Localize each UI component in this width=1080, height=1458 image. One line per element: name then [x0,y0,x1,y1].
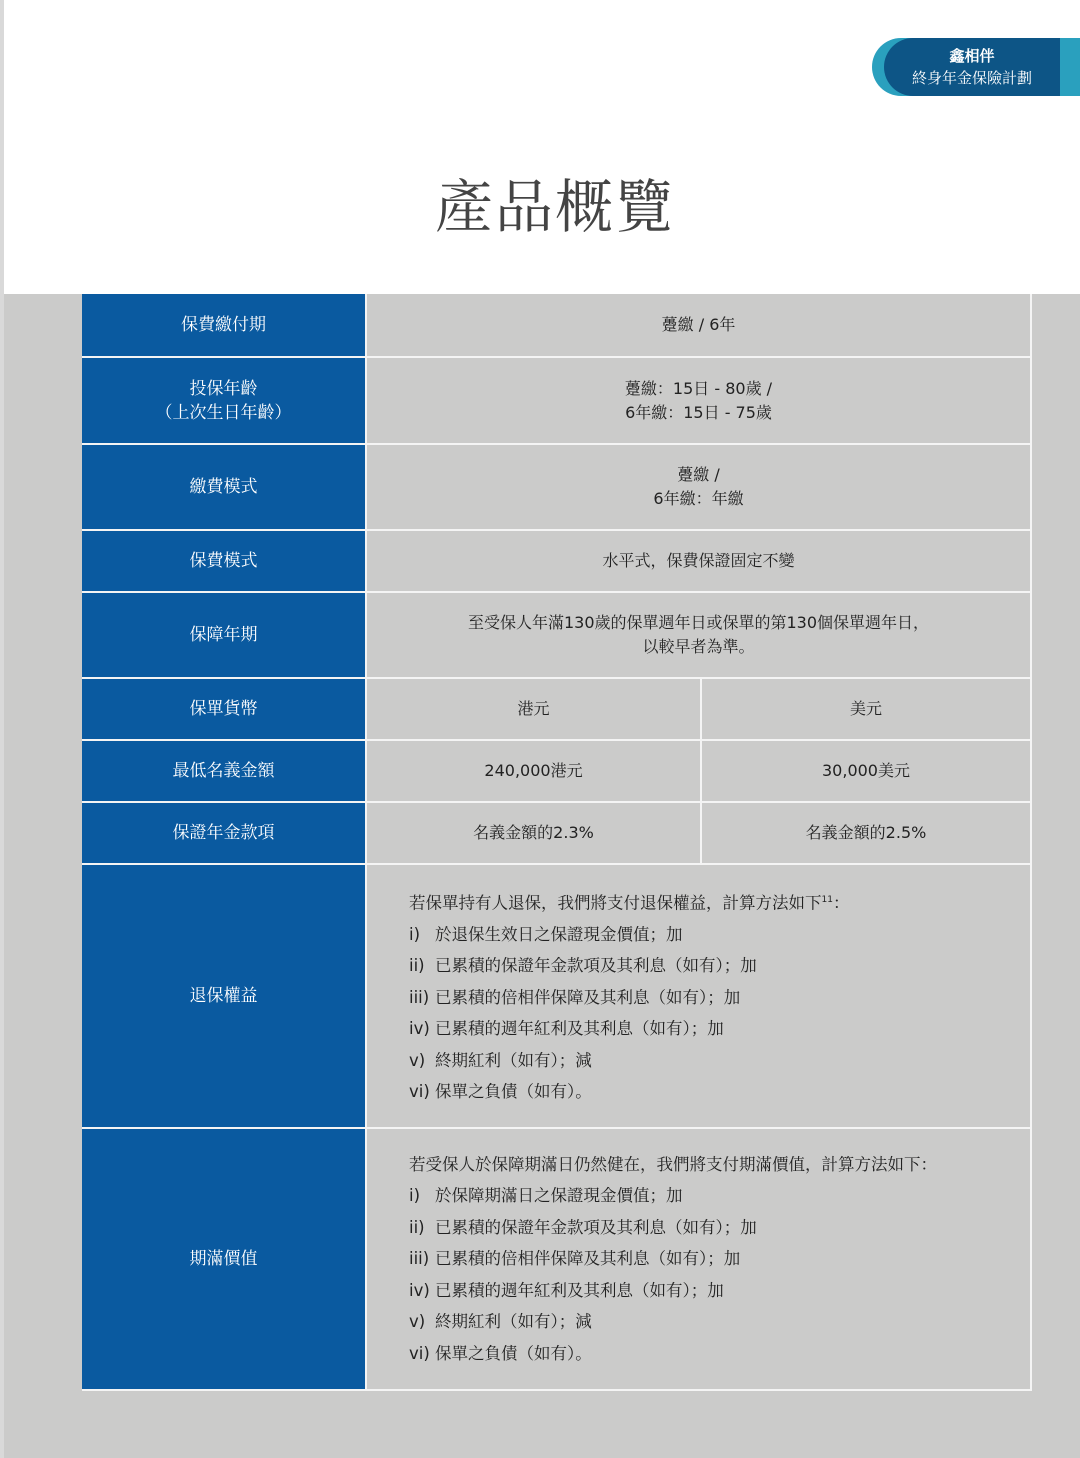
table-row: 保費繳付期 躉繳 / 6年 [82,294,1031,357]
usd-value: 30,000美元 [701,740,1031,802]
list-item: iv)已累積的週年紅利及其利息（如有）；加 [409,1013,1030,1045]
table-row: 保障年期 至受保人年滿130歲的保單週年日或保單的第130個保單週年日，以較早者… [82,592,1031,678]
list-item: i)於保障期滿日之保證現金價值；加 [409,1180,1030,1212]
row-label: 保費模式 [82,530,366,592]
row-label: 期滿價值 [82,1128,366,1390]
list-item: vi)保單之負債（如有）。 [409,1338,1030,1370]
row-value: 水平式，保費保證固定不變 [366,530,1031,592]
surrender-benefit-list: 若保單持有人退保，我們將支付退保權益，計算方法如下11： i)於退保生效日之保證… [366,864,1031,1128]
usd-value: 名義金額的2.5% [701,802,1031,864]
table-row: 期滿價值 若受保人於保障期滿日仍然健在，我們將支付期滿價值，計算方法如下： i)… [82,1128,1031,1390]
row-label: 繳費模式 [82,444,366,530]
table-row: 保證年金款項 名義金額的2.3% 名義金額的2.5% [82,802,1031,864]
list-item: v)終期紅利（如有）；減 [409,1045,1030,1077]
usd-value: 美元 [701,678,1031,740]
list-item: v)終期紅利（如有）；減 [409,1306,1030,1338]
hkd-value: 港元 [366,678,701,740]
row-label: 退保權益 [82,864,366,1128]
table-row: 保費模式 水平式，保費保證固定不變 [82,530,1031,592]
row-value: 至受保人年滿130歲的保單週年日或保單的第130個保單週年日，以較早者為準。 [366,592,1031,678]
table-row: 保單貨幣 港元 美元 [82,678,1031,740]
badge-product-name: 鑫相伴 [884,45,1060,66]
list-item: iv)已累積的週年紅利及其利息（如有）；加 [409,1275,1030,1307]
list-item: ii)已累積的保證年金款項及其利息（如有）；加 [409,950,1030,982]
list-item: iii)已累積的倍相伴保障及其利息（如有）；加 [409,982,1030,1014]
row-label: 保費繳付期 [82,294,366,357]
row-label: 投保年齡（上次生日年齡） [82,357,366,444]
list-item: i)於退保生效日之保證現金價值；加 [409,919,1030,951]
table-row: 繳費模式 躉繳 /6年繳：年繳 [82,444,1031,530]
table-row: 最低名義金額 240,000港元 30,000美元 [82,740,1031,802]
hkd-value: 名義金額的2.3% [366,802,701,864]
hkd-value: 240,000港元 [366,740,701,802]
row-label: 保單貨幣 [82,678,366,740]
maturity-value-list: 若受保人於保障期滿日仍然健在，我們將支付期滿價值，計算方法如下： i)於保障期滿… [366,1128,1031,1390]
table-row: 退保權益 若保單持有人退保，我們將支付退保權益，計算方法如下11： i)於退保生… [82,864,1031,1128]
table-row: 投保年齡（上次生日年齡） 躉繳：15日 - 80歲 /6年繳：15日 - 75歲 [82,357,1031,444]
row-label: 保障年期 [82,592,366,678]
row-label: 最低名義金額 [82,740,366,802]
list-item: vi)保單之負債（如有）。 [409,1076,1030,1108]
page-title: 產品概覽 [0,160,1080,244]
list-item: iii)已累積的倍相伴保障及其利息（如有）；加 [409,1243,1030,1275]
row-value: 躉繳 /6年繳：年繳 [366,444,1031,530]
list-item: ii)已累積的保證年金款項及其利息（如有）；加 [409,1212,1030,1244]
badge-product-subtitle: 終身年金保險計劃 [884,67,1060,88]
row-label: 保證年金款項 [82,802,366,864]
row-value: 躉繳 / 6年 [366,294,1031,357]
product-overview-table: 保費繳付期 躉繳 / 6年 投保年齡（上次生日年齡） 躉繳：15日 - 80歲 … [82,294,1032,1391]
product-badge: 鑫相伴 終身年金保險計劃 [872,38,1080,96]
row-value: 躉繳：15日 - 80歲 /6年繳：15日 - 75歲 [366,357,1031,444]
